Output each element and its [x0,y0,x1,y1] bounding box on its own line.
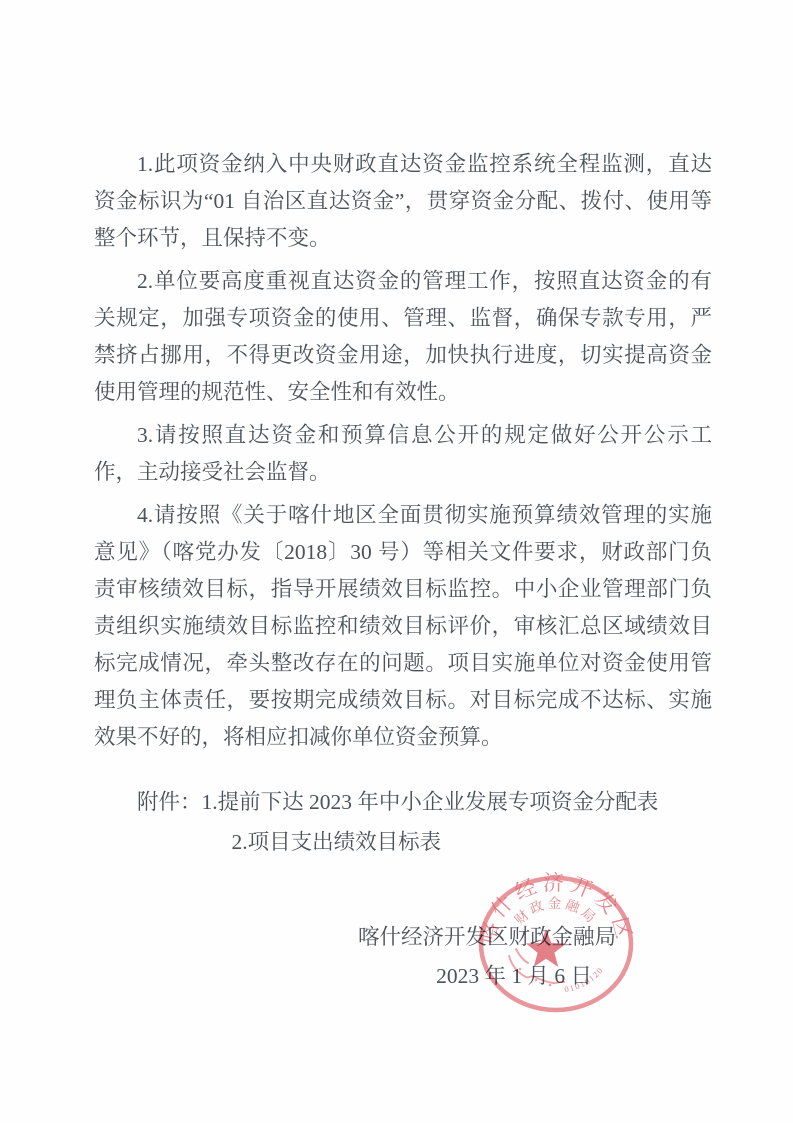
document-page: 1.此项资金纳入中央财政直达资金监控系统全程监测，直达资金标识为“01 自治区直… [0,0,793,1123]
attachments-block: 附件： 1.提前下达 2023 年中小企业发展专项资金分配表 2.项目支出绩效目… [94,782,712,862]
attachment-item: 2.项目支出绩效目标表 [202,822,659,862]
attachments-list: 1.提前下达 2023 年中小企业发展专项资金分配表 2.项目支出绩效目标表 [202,782,659,862]
signature-block: 喀什经济开发区财政金融局 2023 年 1 月 6 日 [94,918,712,996]
document-body: 1.此项资金纳入中央财政直达资金监控系统全程监测，直达资金标识为“01 自治区直… [94,146,712,996]
attachments-label: 附件： [137,782,202,862]
body-paragraph-4: 4.请按照《关于喀什地区全面贯彻实施预算绩效管理的实施意见》（喀党办发〔2018… [94,497,712,756]
issue-date: 2023 年 1 月 6 日 [94,957,712,996]
body-paragraph-2: 2.单位要高度重视直达资金的管理工作，按照直达资金的有关规定，加强专项资金的使用… [94,263,712,411]
body-paragraph-3: 3.请按照直达资金和预算信息公开的规定做好公开公示工作，主动接受社会监督。 [94,417,712,491]
body-paragraph-1: 1.此项资金纳入中央财政直达资金监控系统全程监测，直达资金标识为“01 自治区直… [94,146,712,257]
attachment-item: 1.提前下达 2023 年中小企业发展专项资金分配表 [202,782,659,822]
issuing-agency: 喀什经济开发区财政金融局 [94,918,712,957]
